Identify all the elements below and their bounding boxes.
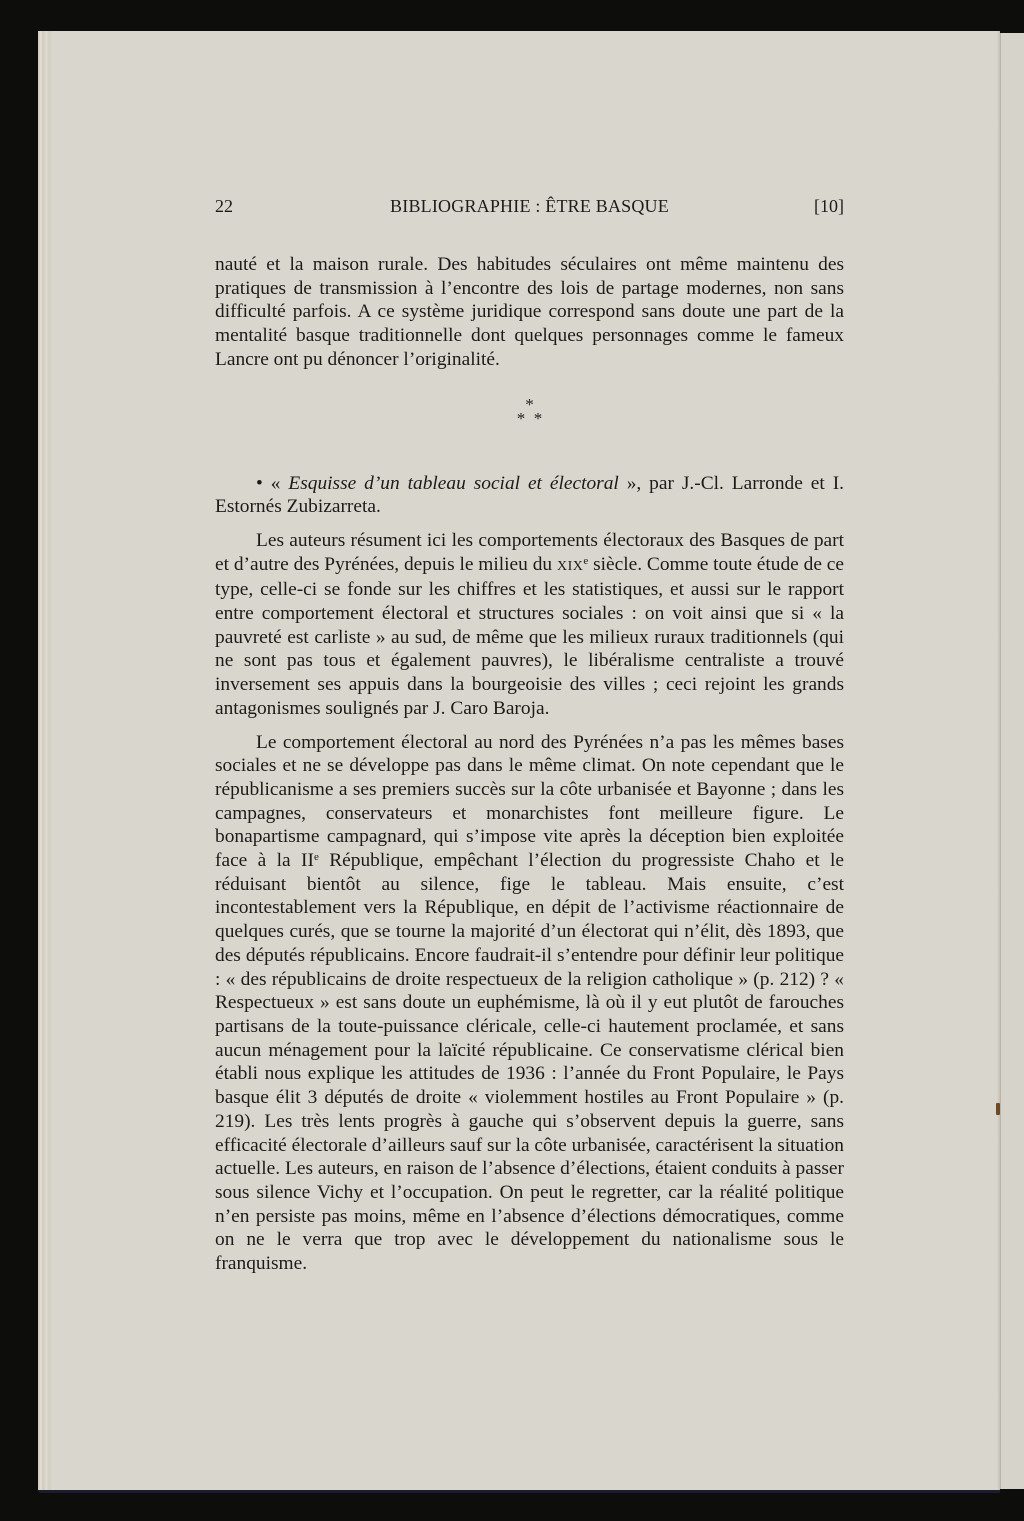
paragraph-summary: Les auteurs résument ici les comportemen… bbox=[215, 529, 844, 721]
asterisk-bottom: * * bbox=[215, 412, 844, 426]
paragraph-north: Le comportement électoral au nord des Py… bbox=[215, 731, 844, 1276]
century-numeral: XIX bbox=[557, 559, 583, 574]
close-quote: », bbox=[619, 473, 641, 494]
section-separator: * * * bbox=[215, 398, 844, 426]
bullet-icon: • bbox=[256, 473, 263, 494]
text-run: siècle. Comme toute étude de ce type, ce… bbox=[215, 554, 844, 719]
running-title: BIBLIOGRAPHIE : ÊTRE BASQUE bbox=[215, 196, 844, 217]
text-run: République, empêchant l’élection du prog… bbox=[215, 850, 844, 1274]
body-text: nauté et la maison rurale. Des habitudes… bbox=[215, 253, 844, 1276]
running-header: 22 BIBLIOGRAPHIE : ÊTRE BASQUE [10] bbox=[215, 196, 844, 218]
entry-title: Esquisse d’un tableau social et électora… bbox=[288, 473, 618, 494]
bibliography-entry: • « Esquisse d’un tableau social et élec… bbox=[215, 472, 844, 519]
margin-mark bbox=[996, 1103, 1000, 1115]
open-quote: « bbox=[271, 473, 289, 494]
page-stack-edge bbox=[38, 31, 54, 1490]
section-reference: [10] bbox=[814, 196, 844, 217]
paragraph-continuation: nauté et la maison rurale. Des habitudes… bbox=[215, 253, 844, 372]
facing-page-edge bbox=[1000, 33, 1024, 1489]
